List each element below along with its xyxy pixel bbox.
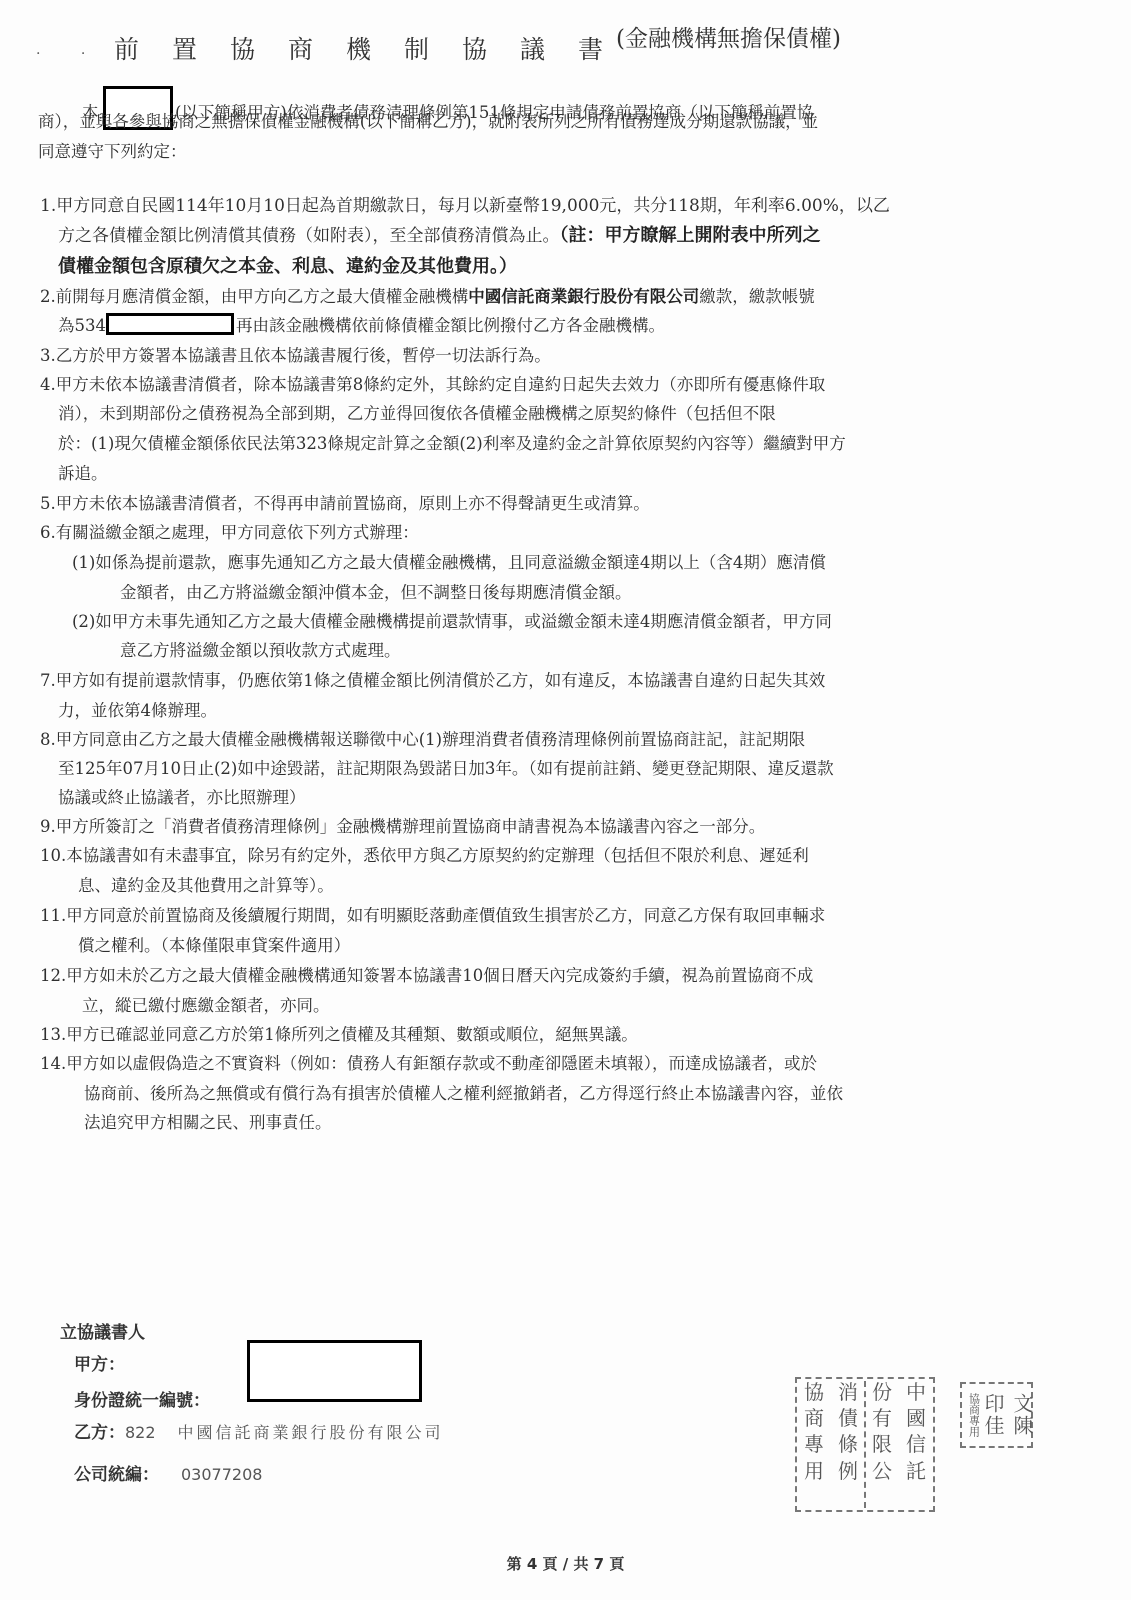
redacted-account <box>106 313 234 335</box>
stamp-char: 中 <box>906 1382 926 1402</box>
intro-line-2: 商），並與各參與協商之無擔保債權金融機構(以下簡稱乙方)，就附表所列之所有債務達… <box>38 111 818 133</box>
clause-14-line-2: 協商前、後所為之無償或有償行為有損害於債權人之權利經撤銷者，乙方得逕行終止本協議… <box>84 1083 843 1105</box>
bank-name: 中國信託商業銀行股份有限公司 <box>468 287 699 306</box>
clause-6-sub2-line-2: 意乙方將溢繳金額以預收款方式處理。 <box>120 640 401 662</box>
clause-14-line-1: 14.甲方如以虛假偽造之不實資料（例如：債務人有鉅額存款或不動產卻隱匿未填報），… <box>40 1053 817 1075</box>
clause-2-suffix: 再由該金融機構依前條債權金額比例撥付乙方各金融機構。 <box>236 316 665 335</box>
bank-seal-stamp: 協 消 份 中 商 債 有 國 專 條 限 信 用 例 公 託 <box>795 1377 935 1512</box>
clause-8-line-3: 協議或終止協議者，亦比照辦理） <box>58 787 306 809</box>
stamp-small-right: 文陳印佳 <box>979 1384 1037 1446</box>
clause-11-line-2: 償之權利。（本條僅限車貸案件適用） <box>78 935 350 957</box>
stamp-char: 債 <box>838 1408 858 1428</box>
personal-seal-stamp: 協商專用 文陳印佳 <box>960 1382 1033 1448</box>
stamp-char: 託 <box>906 1461 926 1481</box>
clause-11-line-1: 11.甲方同意於前置協商及後續履行期間，如有明顯貶落動產價值致生損害於乙方，同意… <box>40 905 825 927</box>
clause-2-tail: 繳款，繳款帳號 <box>699 287 815 306</box>
clause-6-sub1-line-1: (1)如係為提前還款，應事先通知乙方之最大債權金融機構，且同意溢繳金額達4期以上… <box>72 552 826 574</box>
clause-9: 9.甲方所簽訂之「消費者債務清理條例」金融機構辦理前置協商申請書視為本協議書內容… <box>40 816 765 838</box>
company-id: 公司統編：03077208 <box>74 1460 262 1485</box>
clause-8-line-2: 至125年07月10日止(2)如中途毀諾，註記期限為毀諾日加3年。（如有提前註銷… <box>58 758 834 780</box>
party-b-code: 822 <box>125 1423 156 1442</box>
stamp-char: 消 <box>838 1382 858 1402</box>
intro-line-3: 同意遵守下列約定： <box>38 141 187 163</box>
page-number: 第 4 頁 / 共 7 頁 <box>0 1553 1131 1574</box>
redacted-party-a <box>247 1340 422 1402</box>
clause-10-line-2: 息、違約金及其他費用之計算等）。 <box>78 875 334 897</box>
clause-5: 5.甲方未依本協議書清償者，不得再申請前置協商，原則上亦不得聲請更生或清算。 <box>40 493 650 515</box>
party-a-label: 甲方： <box>74 1350 125 1375</box>
stamp-char: 條 <box>838 1434 858 1454</box>
clause-2-line-1: 2.前開每月應清償金額，由甲方向乙方之最大債權金融機構中國信託商業銀行股份有限公… <box>40 286 815 308</box>
clause-12-line-2: 立，縱已繳付應繳金額者，亦同。 <box>82 995 330 1017</box>
clause-4-line-1: 4.甲方未依本協議書清償者，除本協議書第8條約定外，其餘約定自違約日起失去效力（… <box>40 374 825 396</box>
title-dots: . . <box>36 42 103 58</box>
clause-3: 3.乙方於甲方簽署本協議書且依本協議書履行後，暫停一切法訴行為。 <box>40 345 551 367</box>
clause-2-text: 2.前開每月應清償金額，由甲方向乙方之最大債權金融機構 <box>40 287 468 306</box>
clause-6-line-1: 6.有關溢繳金額之處理，甲方同意依下列方式辦理： <box>40 522 419 544</box>
clause-6-sub2-line-1: (2)如甲方未事先通知乙方之最大債權金融機構提前還款情事，或溢繳金額未達4期應清… <box>72 611 832 633</box>
party-b-name: 中國信託商業銀行股份有限公司 <box>178 1423 444 1442</box>
clause-1-text: 方之各債權金額比例清償其債務（如附表），至全部債務清償為止。 <box>58 226 560 246</box>
stamp-char: 份 <box>872 1382 892 1402</box>
stamp-char: 信 <box>906 1434 926 1454</box>
clause-1-line-1: 1.甲方同意自民國114年10月10日起為首期繳款日，每月以新臺幣19,000元… <box>40 195 890 217</box>
id-number-label: 身份證統一編號： <box>74 1386 210 1411</box>
stamp-divider <box>864 1381 866 1508</box>
clause-2-line-2: 為534再由該金融機構依前條債權金額比例撥付乙方各金融機構。 <box>58 313 665 337</box>
clause-12-line-1: 12.甲方如未於乙方之最大債權金融機構通知簽署本協議書10個日曆天內完成簽約手續… <box>40 965 813 987</box>
signatory-heading: 立協議書人 <box>60 1318 145 1343</box>
stamp-char: 有 <box>872 1408 892 1428</box>
title-main: 前置協商機制協議書 <box>114 30 636 66</box>
account-prefix: 為534 <box>58 316 106 335</box>
title-subtitle: (金融機構無擔保債權) <box>616 20 841 53</box>
stamp-char: 例 <box>838 1461 858 1481</box>
clause-1-line-3: 債權金額包含原積欠之本金、利息、違約金及其他費用。） <box>58 256 517 278</box>
clause-14-line-3: 法追究甲方相關之民、刑事責任。 <box>84 1112 332 1134</box>
clause-13: 13.甲方已確認並同意乙方於第1條所列之債權及其種類、數額或順位，絕無異議。 <box>40 1024 638 1046</box>
party-b: 乙方：822中國信託商業銀行股份有限公司 <box>74 1418 444 1443</box>
company-id-value: 03077208 <box>181 1465 262 1484</box>
stamp-char: 協 <box>804 1382 824 1402</box>
clause-8-line-1: 8.甲方同意由乙方之最大債權金融機構報送聯徵中心(1)辦理消費者債務清理條例前置… <box>40 729 805 751</box>
document-page: . . 前置協商機制協議書 (金融機構無擔保債權) 本人(以下簡稱甲方)依消費者… <box>0 0 1131 1600</box>
clause-10-line-1: 10.本協議書如有未盡事宜，除另有約定外，悉依甲方與乙方原契約約定辦理（包括但不… <box>40 845 809 867</box>
clause-4-line-2: 消），未到期部份之債務視為全部到期，乙方並得回復依各債權金融機構之原契約條件（包… <box>58 403 776 425</box>
clause-4-line-4: 訴追。 <box>58 463 108 485</box>
stamp-char: 專 <box>804 1434 824 1454</box>
stamp-char: 公 <box>872 1461 892 1481</box>
party-b-label: 乙方： <box>74 1423 125 1443</box>
company-id-label: 公司統編： <box>74 1465 159 1485</box>
stamp-char: 商 <box>804 1408 824 1428</box>
clause-1-line-2: 方之各債權金額比例清償其債務（如附表），至全部債務清償為止。（註：甲方瞭解上開附… <box>58 225 821 247</box>
clause-1-note: （註：甲方瞭解上開附表中所列之 <box>560 225 821 246</box>
clause-4-line-3: 於：(1)現欠債權金額係依民法第323條規定計算之金額(2)利率及違約金之計算依… <box>58 433 846 455</box>
clause-6-sub1-line-2: 金額者，由乙方將溢繳金額沖償本金，但不調整日後每期應清償金額。 <box>120 582 632 604</box>
clause-7-line-1: 7.甲方如有提前還款情事，仍應依第1條之債權金額比例清償於乙方，如有違反，本協議… <box>40 670 825 692</box>
stamp-char: 限 <box>872 1434 892 1454</box>
clause-7-line-2: 力，並依第4條辦理。 <box>58 700 217 722</box>
stamp-char: 用 <box>804 1461 824 1481</box>
stamp-char: 國 <box>906 1408 926 1428</box>
document-title: . . 前置協商機制協議書 (金融機構無擔保債權) <box>36 14 1096 64</box>
